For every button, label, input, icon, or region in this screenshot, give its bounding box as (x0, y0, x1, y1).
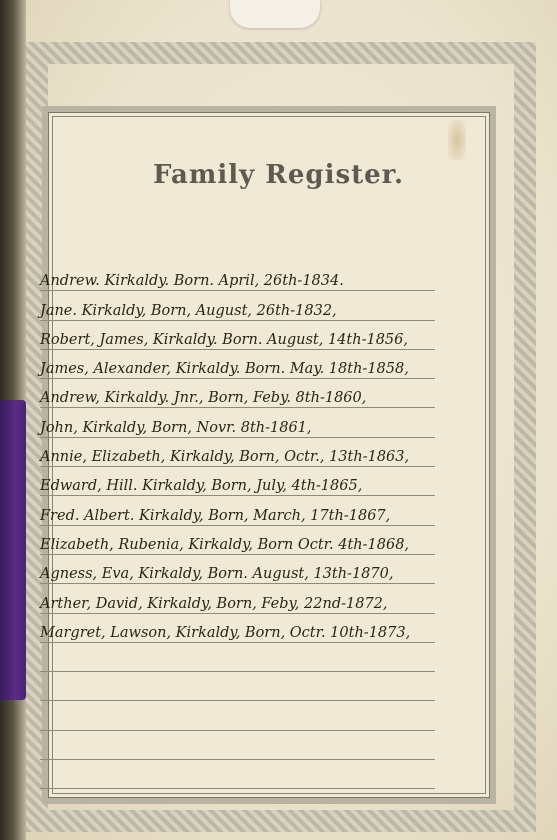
entry-text: John, Kirkaldy, Born, Novr. 8th-1861, (40, 420, 312, 436)
entry-text: Edward, Hill. Kirkaldy, Born, July, 4th-… (40, 478, 362, 494)
list-item: Andrew, Kirkaldy. Jnr., Born, Feby. 8th-… (40, 379, 435, 408)
blank-line (40, 701, 435, 730)
paper-stain (448, 120, 466, 160)
blank-line (40, 760, 435, 789)
register-page: Family Register. Andrew. Kirkaldy. Born.… (0, 0, 557, 840)
list-item: Robert, James, Kirkaldy. Born. August, 1… (40, 321, 435, 350)
entry-text: Jane. Kirkaldy, Born, August, 26th-1832, (40, 303, 337, 319)
entry-text: Fred. Albert. Kirkaldy, Born, March, 17t… (40, 508, 390, 524)
entry-text: Arther, David, Kirkaldy, Born, Feby, 22n… (40, 596, 388, 612)
list-item: Fred. Albert. Kirkaldy, Born, March, 17t… (40, 496, 435, 525)
entry-text: James, Alexander, Kirkaldy. Born. May. 1… (40, 361, 409, 377)
list-item: Elizabeth, Rubenia, Kirkaldy, Born Octr.… (40, 526, 435, 555)
blank-line (40, 731, 435, 760)
list-item: Agness, Eva, Kirkaldy, Born. August, 13t… (40, 555, 435, 584)
list-item: Andrew. Kirkaldy. Born. April, 26th-1834… (40, 262, 435, 291)
entry-text: Robert, James, Kirkaldy. Born. August, 1… (40, 332, 408, 348)
blank-line (40, 643, 435, 672)
list-item: James, Alexander, Kirkaldy. Born. May. 1… (40, 350, 435, 379)
entry-text: Andrew, Kirkaldy. Jnr., Born, Feby. 8th-… (40, 390, 366, 406)
ribbon-tab (230, 0, 320, 28)
list-item: Jane. Kirkaldy, Born, August, 26th-1832, (40, 291, 435, 320)
entries-list: Andrew. Kirkaldy. Born. April, 26th-1834… (40, 262, 435, 789)
list-item: Annie, Elizabeth, Kirkaldy, Born, Octr.,… (40, 438, 435, 467)
list-item: John, Kirkaldy, Born, Novr. 8th-1861, (40, 408, 435, 437)
register-title: Family Register. (0, 160, 557, 190)
list-item: Margret, Lawson, Kirkaldy, Born, Octr. 1… (40, 614, 435, 643)
entry-text: Elizabeth, Rubenia, Kirkaldy, Born Octr.… (40, 537, 409, 553)
list-item: Arther, David, Kirkaldy, Born, Feby, 22n… (40, 584, 435, 613)
entry-text: Andrew. Kirkaldy. Born. April, 26th-1834… (40, 273, 344, 289)
entry-text: Agness, Eva, Kirkaldy, Born. August, 13t… (40, 566, 393, 582)
entry-text: Annie, Elizabeth, Kirkaldy, Born, Octr.,… (40, 449, 409, 465)
entry-text: Margret, Lawson, Kirkaldy, Born, Octr. 1… (40, 625, 410, 641)
blank-line (40, 672, 435, 701)
bookmark-ribbon (0, 400, 26, 700)
list-item: Edward, Hill. Kirkaldy, Born, July, 4th-… (40, 467, 435, 496)
